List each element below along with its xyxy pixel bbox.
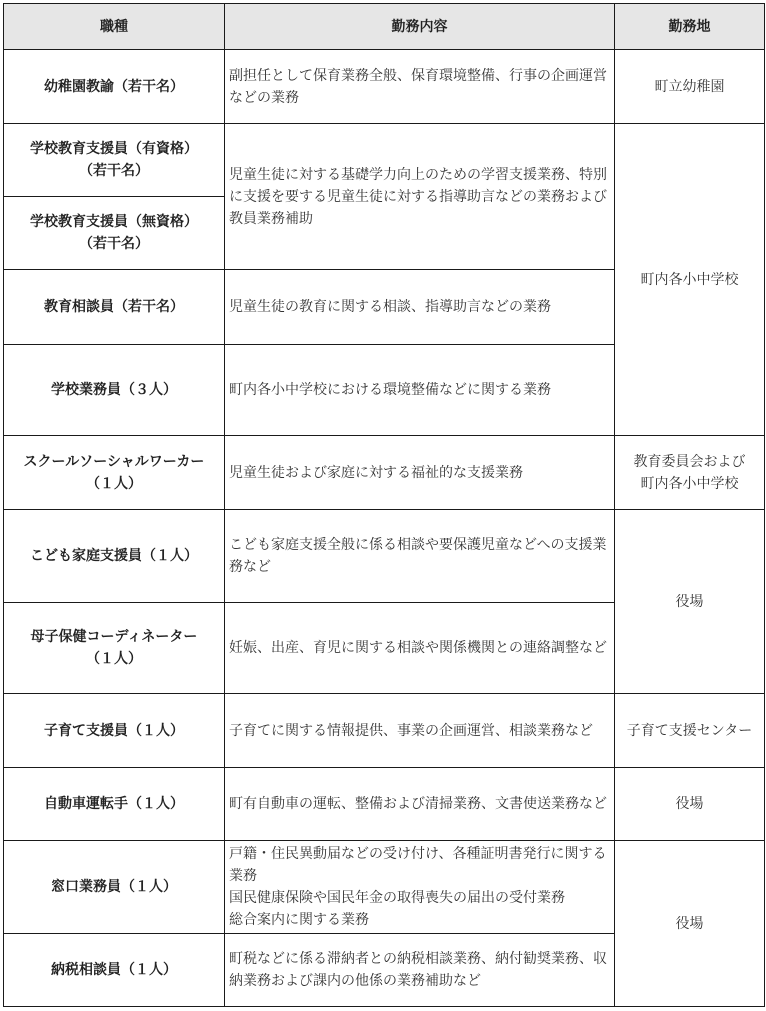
table-header-row: 職種 勤務内容 勤務地 — [4, 4, 765, 50]
table-row: 学校教育支援員（有資格） （若干名） 児童生徒に対する基礎学力向上のための学習支… — [4, 124, 765, 197]
job-title-text: 学校教育支援員（有資格） — [8, 138, 220, 160]
job-location: 町内各小中学校 — [615, 124, 765, 436]
location-text: 町立幼稚園 — [619, 76, 760, 98]
job-title-count: （若干名） — [8, 233, 220, 255]
job-title-text: 幼稚園教諭（若干名） — [8, 76, 220, 98]
job-location: 役場 — [615, 510, 765, 694]
job-title: 学校教育支援員（無資格） （若干名） — [4, 197, 225, 270]
job-title-text: 教育相談員（若干名） — [8, 296, 220, 318]
header-duties: 勤務内容 — [225, 4, 615, 50]
job-duties: 戸籍・住民異動届などの受け付け、各種証明書発行に関する業務 国民健康保険や国民年… — [225, 841, 615, 934]
job-title: 納税相談員（１人） — [4, 934, 225, 1007]
location-text: 町内各小中学校 — [619, 473, 760, 495]
table-row: 窓口業務員（１人） 戸籍・住民異動届などの受け付け、各種証明書発行に関する業務 … — [4, 841, 765, 934]
duty-line: 戸籍・住民異動届などの受け付け、各種証明書発行に関する業務 — [229, 843, 610, 887]
job-location: 役場 — [615, 841, 765, 1007]
job-duties: 児童生徒および家庭に対する福祉的な支援業務 — [225, 436, 615, 510]
job-location: 子育て支援センター — [615, 694, 765, 768]
job-title-text: 学校教育支援員（無資格） — [8, 211, 220, 233]
header-location: 勤務地 — [615, 4, 765, 50]
job-location: 教育委員会および 町内各小中学校 — [615, 436, 765, 510]
table-row: 幼稚園教諭（若干名） 副担任として保育業務全般、保育環境整備、行事の企画運営など… — [4, 50, 765, 124]
job-title-count: （若干名） — [8, 160, 220, 182]
job-title-count: （１人） — [8, 648, 220, 670]
location-text: 子育て支援センター — [619, 720, 760, 742]
job-duties: 町税などに係る滞納者との納税相談業務、納付勧奨業務、収納業務および課内の他係の業… — [225, 934, 615, 1007]
job-duties: 子育てに関する情報提供、事業の企画運営、相談業務など — [225, 694, 615, 768]
table-row: 子育て支援員（１人） 子育てに関する情報提供、事業の企画運営、相談業務など 子育… — [4, 694, 765, 768]
job-title: こども家庭支援員（１人） — [4, 510, 225, 603]
job-location: 役場 — [615, 768, 765, 841]
job-title: スクールソーシャルワーカー （１人） — [4, 436, 225, 510]
job-title-text: 学校業務員（３人） — [8, 379, 220, 401]
job-title-text: スクールソーシャルワーカー — [8, 451, 220, 473]
job-title: 学校教育支援員（有資格） （若干名） — [4, 124, 225, 197]
job-title-count: （１人） — [8, 473, 220, 495]
job-duties: 妊娠、出産、育児に関する相談や関係機関との連絡調整など — [225, 603, 615, 694]
job-location: 町立幼稚園 — [615, 50, 765, 124]
job-duties: 町内各小中学校における環境整備などに関する業務 — [225, 345, 615, 436]
job-listing-table: 職種 勤務内容 勤務地 幼稚園教諭（若干名） 副担任として保育業務全般、保育環境… — [3, 3, 765, 1007]
location-text: 役場 — [619, 913, 760, 935]
location-text: 役場 — [619, 591, 760, 613]
job-title: 窓口業務員（１人） — [4, 841, 225, 934]
job-title-text: 納税相談員（１人） — [8, 959, 220, 981]
duty-line: 総合案内に関する業務 — [229, 909, 610, 931]
location-text: 教育委員会および — [619, 451, 760, 473]
job-title-text: こども家庭支援員（１人） — [8, 545, 220, 567]
location-text: 町内各小中学校 — [619, 269, 760, 291]
location-text: 役場 — [619, 793, 760, 815]
job-title: 幼稚園教諭（若干名） — [4, 50, 225, 124]
job-title: 学校業務員（３人） — [4, 345, 225, 436]
job-title-text: 窓口業務員（１人） — [8, 876, 220, 898]
job-title: 自動車運転手（１人） — [4, 768, 225, 841]
header-job: 職種 — [4, 4, 225, 50]
job-title: 母子保健コーディネーター （１人） — [4, 603, 225, 694]
job-title: 子育て支援員（１人） — [4, 694, 225, 768]
table-row: スクールソーシャルワーカー （１人） 児童生徒および家庭に対する福祉的な支援業務… — [4, 436, 765, 510]
duty-line: 国民健康保険や国民年金の取得喪失の届出の受付業務 — [229, 887, 610, 909]
job-duties: 副担任として保育業務全般、保育環境整備、行事の企画運営などの業務 — [225, 50, 615, 124]
job-duties: こども家庭支援全般に係る相談や要保護児童などへの支援業務など — [225, 510, 615, 603]
job-title: 教育相談員（若干名） — [4, 270, 225, 345]
job-title-text: 子育て支援員（１人） — [8, 720, 220, 742]
job-duties: 町有自動車の運転、整備および清掃業務、文書使送業務など — [225, 768, 615, 841]
table-row: 自動車運転手（１人） 町有自動車の運転、整備および清掃業務、文書使送業務など 役… — [4, 768, 765, 841]
job-duties: 児童生徒に対する基礎学力向上のための学習支援業務、特別に支援を要する児童生徒に対… — [225, 124, 615, 270]
job-title-text: 母子保健コーディネーター — [8, 626, 220, 648]
job-duties: 児童生徒の教育に関する相談、指導助言などの業務 — [225, 270, 615, 345]
table-row: こども家庭支援員（１人） こども家庭支援全般に係る相談や要保護児童などへの支援業… — [4, 510, 765, 603]
job-title-text: 自動車運転手（１人） — [8, 793, 220, 815]
